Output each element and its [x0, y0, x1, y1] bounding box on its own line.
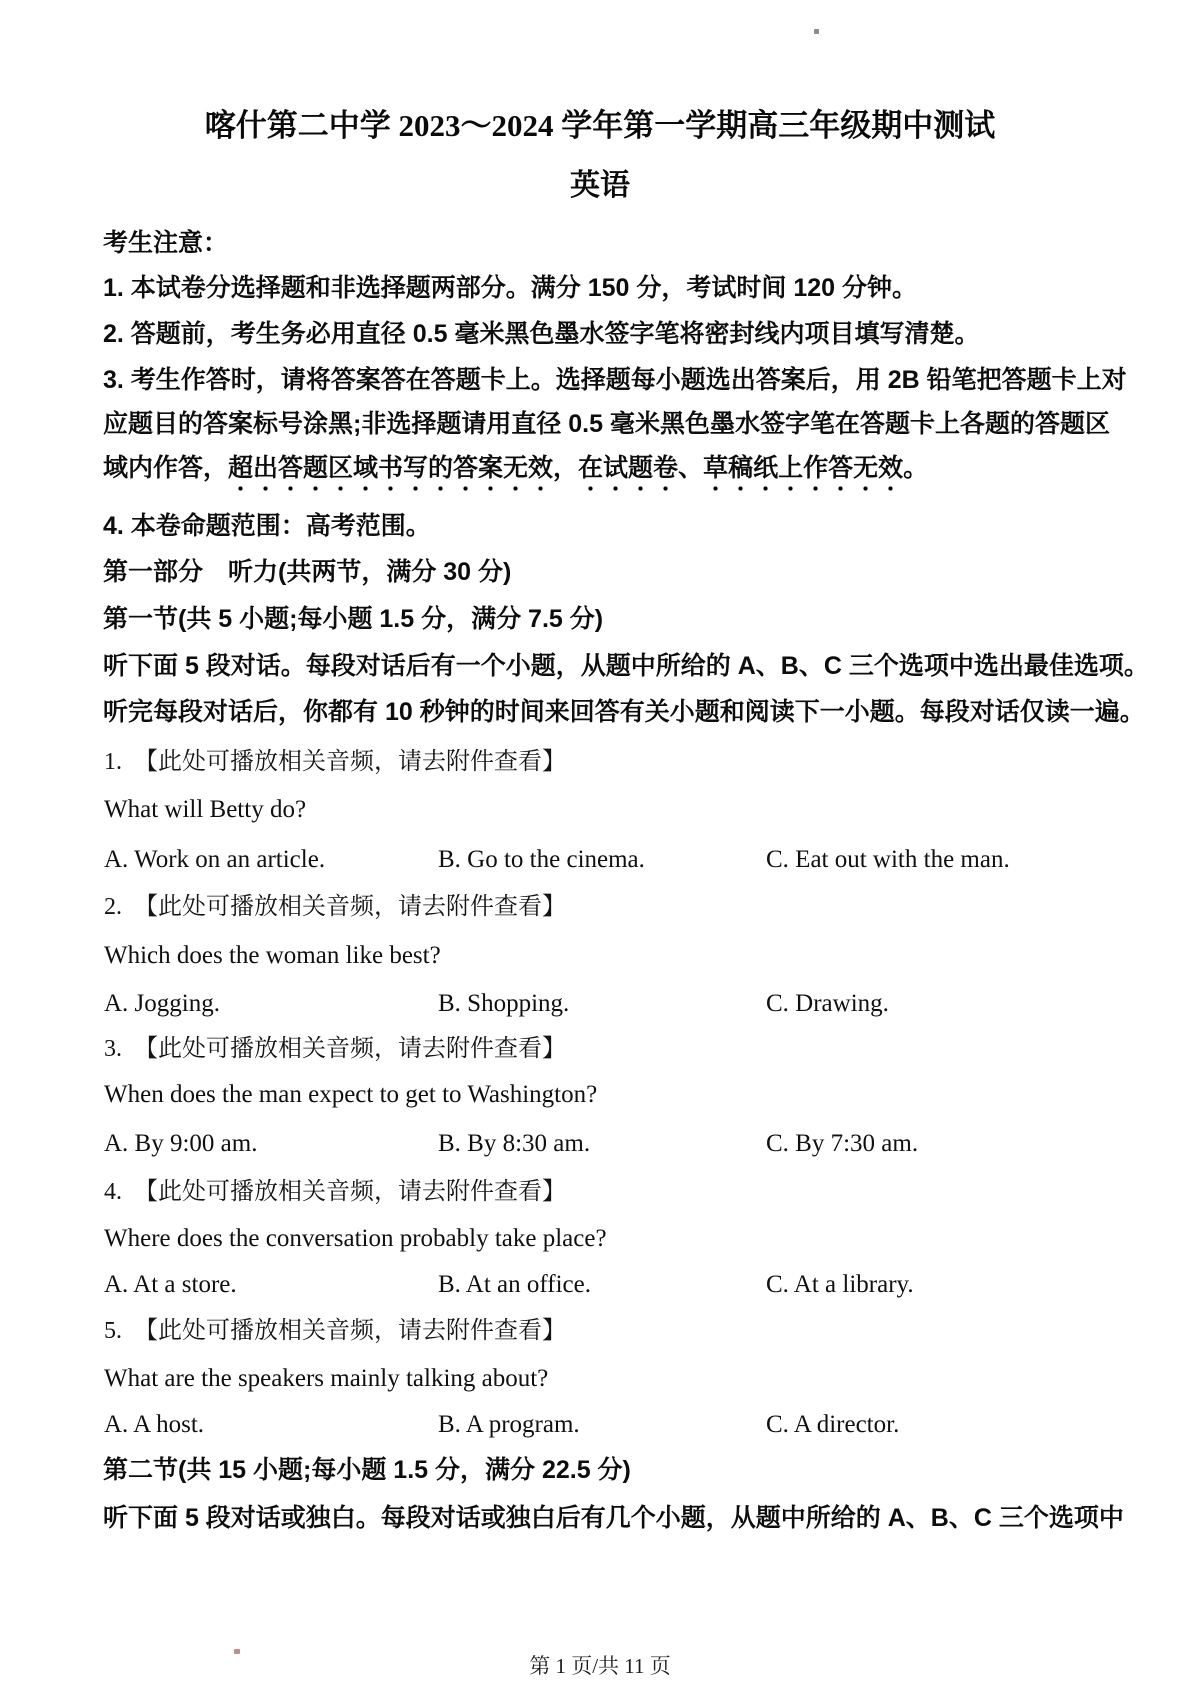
- question-5-number: 5.: [104, 1318, 122, 1344]
- question-2-text: Which does the woman like best?: [104, 941, 441, 971]
- notice-3-emphasized-2: 在试题卷: [578, 453, 678, 492]
- section1-heading: 第一节(共 5 小题;每小题 1.5 分，满分 7.5 分): [103, 604, 603, 634]
- question-3-number: 3.: [104, 1036, 122, 1062]
- exam-subject: 英语: [0, 160, 1200, 204]
- question-3-text: When does the man expect to get to Washi…: [104, 1080, 597, 1110]
- audio-placeholder-text: 【此处可播放相关音频，请去附件查看】: [134, 1318, 566, 1344]
- question-4-audio-placeholder: 4.【此处可播放相关音频，请去附件查看】: [104, 1178, 566, 1207]
- question-3-option-b: B. By 8:30 am.: [438, 1129, 590, 1159]
- section2-heading: 第二节(共 15 小题;每小题 1.5 分，满分 22.5 分): [103, 1455, 631, 1485]
- notice-3-plain-2: ，: [553, 454, 578, 482]
- audio-placeholder-text: 【此处可播放相关音频，请去附件查看】: [134, 1179, 566, 1205]
- question-4-number: 4.: [104, 1179, 122, 1205]
- question-4-option-c: C. At a library.: [766, 1270, 914, 1300]
- question-1-audio-placeholder: 1.【此处可播放相关音频，请去附件查看】: [104, 748, 566, 777]
- question-3-audio-placeholder: 3.【此处可播放相关音频，请去附件查看】: [104, 1035, 566, 1064]
- question-1-text: What will Betty do?: [104, 795, 306, 825]
- audio-placeholder-text: 【此处可播放相关音频，请去附件查看】: [134, 1036, 566, 1062]
- question-2-option-c: C. Drawing.: [766, 989, 889, 1019]
- question-4-option-b: B. At an office.: [438, 1270, 591, 1300]
- question-5-option-c: C. A director.: [766, 1410, 899, 1440]
- question-4-text: Where does the conversation probably tak…: [104, 1224, 607, 1254]
- section2-instruction-line-1: 听下面 5 段对话或独白。每段对话或独白后有几个小题，从题中所给的 A、B、C …: [103, 1503, 1124, 1533]
- page-number-footer: 第 1 页/共 11 页: [0, 1650, 1200, 1680]
- notice-heading: 考生注意：: [103, 228, 228, 258]
- notice-3-emphasized-3: 草稿纸上作答无效: [703, 453, 903, 492]
- audio-placeholder-text: 【此处可播放相关音频，请去附件查看】: [134, 749, 566, 775]
- document-page: 喀什第二中学 2023～2024 学年第一学期高三年级期中测试 英语 考生注意：…: [0, 0, 1200, 1698]
- question-5-option-b: B. A program.: [438, 1410, 580, 1440]
- section1-instruction-line-1: 听下面 5 段对话。每段对话后有一个小题，从题中所给的 A、B、C 三个选项中选…: [103, 651, 1149, 681]
- notice-3-plain-1: 域内作答，: [103, 454, 228, 482]
- exam-title: 喀什第二中学 2023～2024 学年第一学期高三年级期中测试: [0, 100, 1200, 145]
- question-1-number: 1.: [104, 749, 122, 775]
- question-5-option-a: A. A host.: [104, 1410, 204, 1440]
- question-1-option-b: B. Go to the cinema.: [438, 845, 645, 875]
- question-5-audio-placeholder: 5.【此处可播放相关音频，请去附件查看】: [104, 1317, 566, 1346]
- notice-item-4: 4. 本卷命题范围：高考范围。: [103, 511, 431, 541]
- question-3-option-a: A. By 9:00 am.: [104, 1129, 257, 1159]
- section1-instruction-line-2: 听完每段对话后，你都有 10 秒钟的时间来回答有关小题和阅读下一小题。每段对话仅…: [103, 697, 1145, 727]
- notice-item-3-line-1: 3. 考生作答时，请将答案答在答题卡上。选择题每小题选出答案后，用 2B 铅笔把…: [103, 365, 1127, 395]
- part1-heading: 第一部分 听力(共两节，满分 30 分): [103, 557, 511, 587]
- notice-item-3-line-2: 应题目的答案标号涂黑;非选择题请用直径 0.5 毫米黑色墨水签字笔在答题卡上各题…: [103, 409, 1110, 439]
- notice-item-2: 2. 答题前，考生务必用直径 0.5 毫米黑色墨水签字笔将密封线内项目填写清楚。: [103, 319, 979, 349]
- question-1-option-a: A. Work on an article.: [104, 845, 325, 875]
- question-2-audio-placeholder: 2.【此处可播放相关音频，请去附件查看】: [104, 893, 566, 922]
- notice-item-1: 1. 本试卷分选择题和非选择题两部分。满分 150 分，考试时间 120 分钟。: [103, 273, 917, 303]
- scan-artifact-dot-top: [814, 29, 819, 34]
- question-2-option-a: A. Jogging.: [104, 989, 220, 1019]
- audio-placeholder-text: 【此处可播放相关音频，请去附件查看】: [134, 894, 566, 920]
- question-2-number: 2.: [104, 894, 122, 920]
- question-4-option-a: A. At a store.: [104, 1270, 237, 1300]
- question-5-text: What are the speakers mainly talking abo…: [104, 1364, 548, 1394]
- question-3-option-c: C. By 7:30 am.: [766, 1129, 918, 1159]
- notice-3-emphasized-1: 超出答题区域书写的答案无效: [228, 453, 553, 492]
- question-1-option-c: C. Eat out with the man.: [766, 845, 1010, 875]
- notice-3-plain-3: 、: [678, 454, 703, 482]
- notice-3-plain-4: 。: [903, 454, 928, 482]
- question-2-option-b: B. Shopping.: [438, 989, 569, 1019]
- notice-item-3-line-3: 域内作答，超出答题区域书写的答案无效，在试题卷、草稿纸上作答无效。: [103, 453, 928, 492]
